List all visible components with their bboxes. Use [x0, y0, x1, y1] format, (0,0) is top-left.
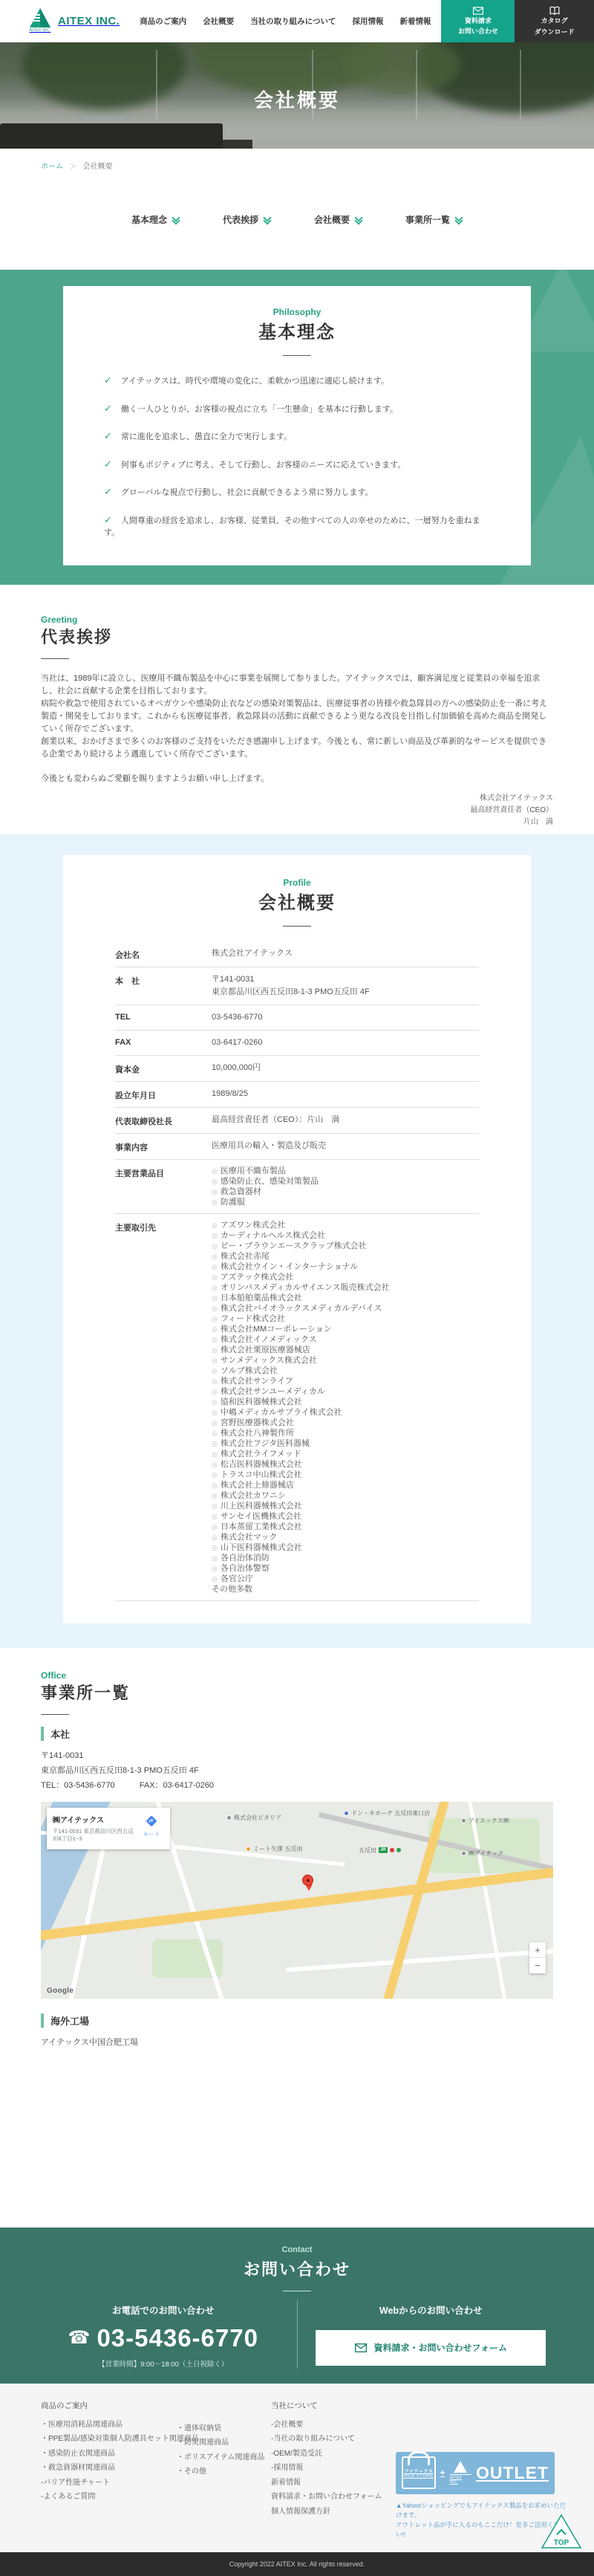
chevron-down-icon: [264, 215, 271, 223]
chevron-down-icon: [355, 215, 362, 223]
philosophy-item: グローバルな視点で行動し、社会に貢献できるよう常に努力します。: [104, 478, 490, 506]
footer-link[interactable]: ・ポリスアイテム関連商品: [177, 2450, 264, 2465]
client-item: 株式会社サンライフ: [212, 1376, 479, 1386]
tab-offices[interactable]: 事業所一覧: [405, 213, 463, 226]
banner-label: ≫ よくあるご質問: [388, 2170, 475, 2184]
client-list: アズワン株式会社カーディナルヘルス株式会社ビー・ブラウンエースクラップ株式会社株…: [212, 1220, 479, 1584]
row-label: 本 社: [115, 973, 212, 999]
client-item: 日本船舶薬品株式会社: [212, 1293, 479, 1303]
client-item: 各自治体警察: [212, 1563, 479, 1574]
logo[interactable]: AITEX INC. AITEX INC.: [0, 0, 140, 42]
client-item: アズワン株式会社: [212, 1220, 479, 1230]
signature-name: 片山 満: [41, 817, 553, 828]
contact-section: Contact お問い合わせ お電話でのお問い合わせ ☎ 03-5436-677…: [0, 2228, 594, 2384]
footer-products-column: 商品のご案内 ・医療用消耗品関連商品・PPE製品/感染対策個人防護具セット関連商…: [41, 2400, 199, 2505]
breadcrumb-current: 会社概要: [83, 163, 113, 171]
section-label: Office: [41, 1670, 553, 1681]
zoom-out-button[interactable]: −: [529, 1958, 546, 1973]
table-row: 主要営業品目 医療用不織布製品感染防止衣、感染対策製品救急資器材防護服: [115, 1160, 479, 1214]
initiatives-banner[interactable]: ≫ 当社の取り組みについて: [41, 2098, 283, 2213]
greeting-paragraphs: 当社は、1989年に設立し、医療用不織布製品を中心に事業を展開して参りました。ア…: [41, 672, 553, 761]
client-item: ビー・ブラウンエースクラップ株式会社: [212, 1241, 479, 1251]
client-item: 日本蒸留工業株式会社: [212, 1522, 479, 1532]
brand-text: AITEX INC.: [450, 2474, 471, 2485]
map-poi[interactable]: ドン・キホーテ 五反田東口店: [344, 1809, 430, 1817]
row-value: 03-5436-6770: [212, 1011, 479, 1024]
row-value: 株式会社アイテックス: [212, 947, 479, 960]
footer-link[interactable]: -よくあるご質問: [41, 2490, 199, 2505]
chevron-down-icon: [172, 215, 180, 223]
tab-philosophy[interactable]: 基本理念: [131, 213, 180, 226]
page: AITEX INC. AITEX INC. 商品のご案内 会社概要 当社の取り組…: [0, 0, 594, 2576]
store-name: アイテックス: [405, 2468, 433, 2474]
footer-link[interactable]: 新着情報: [271, 2476, 382, 2491]
table-row: 事業内容 医療用具の輸入・製造及び販売: [115, 1134, 479, 1160]
table-row: 設立年月日 1989/8/25: [115, 1082, 479, 1108]
product-item: 防護服: [212, 1197, 479, 1207]
row-value: 医療用具の輸入・製造及び販売: [212, 1140, 479, 1152]
footer-link[interactable]: ・感染防止衣関連商品: [41, 2447, 199, 2462]
greeting-paragraph: 創業以来、おかげさまで多くのお客様のご支持をいただき感謝申し上げます。今後とも、…: [41, 736, 553, 761]
divider: [283, 355, 311, 356]
philosophy-section: Philosophy 基本理念 アイテックスは、時代や環境の変化に、柔軟かつ迅速…: [0, 270, 594, 585]
philosophy-item: 何事もポジティブに考え、そして行動し、お客様のニーズに応えていきます。: [104, 450, 490, 478]
footer-links: -会社概要-当社の取り組みについて-OEM/製造受託-採用情報新着情報資料請求・…: [271, 2418, 382, 2520]
greeting-section: Greeting 代表挨拶 当社は、1989年に設立し、医療用不織布製品を中心に…: [0, 585, 594, 834]
breadcrumb-separator: ＞: [70, 163, 76, 170]
google-map[interactable]: 株式会社ビタリア ドン・キホーテ 五反田東口店 アイエックス㈱ ミート矢澤 五反…: [41, 1802, 553, 1999]
map-card-name: ㈱アイテックス: [53, 1814, 134, 1825]
poi-label: ミート矢澤 五反田: [253, 1845, 302, 1853]
copyright-text: Copyright 2022 AITEX Inc. All rights res…: [229, 2560, 365, 2568]
row-value: 最高経営責任者（CEO）：片山 満: [212, 1114, 479, 1126]
chevron-down-icon: [455, 215, 463, 223]
client-item: 宮野医療器株式会社: [212, 1418, 479, 1428]
section-label: Contact: [0, 2245, 594, 2254]
global-nav: 商品のご案内 会社概要 当社の取り組みについて 採用情報 新着情報: [140, 0, 441, 42]
jr-logo: JR: [379, 1847, 388, 1853]
phone-number[interactable]: ☎ 03-5436-6770: [30, 2324, 297, 2352]
footer-link[interactable]: ・医療用消耗品関連商品: [41, 2418, 199, 2433]
row-value: 10,000,000円: [212, 1062, 479, 1074]
section-label: Profile: [115, 877, 479, 888]
phone-contact: お電話でのお問い合わせ ☎ 03-5436-6770 【営業時間】9:00～18…: [30, 2300, 298, 2369]
philosophy-item: 人間尊重の経営を追求し、お客様、従業員、その他すべての人の幸せのために、一層努力…: [104, 506, 490, 546]
client-item: 株式会社上條器械店: [212, 1480, 479, 1490]
client-item: ソルブ株式会社: [212, 1366, 479, 1376]
footer-links: ・医療用消耗品関連商品・PPE製品/感染対策個人防護具セット関連商品・感染防止衣…: [41, 2418, 199, 2505]
map-road: [286, 1947, 553, 1971]
link-banners: ≫ 当社の取り組みについて FAQ ! ≫ よくあるご質問: [41, 2098, 553, 2228]
client-item: オリンパスメディカルサイエンス販売株式会社: [212, 1282, 479, 1293]
client-item: 各自治体消防: [212, 1553, 479, 1563]
philosophy-item: 常に進化を追求し、愚直に全力で実行します。: [104, 422, 490, 450]
client-item: 各官公庁: [212, 1574, 479, 1584]
tab-profile[interactable]: 会社概要: [314, 213, 362, 226]
mail-icon: [473, 7, 483, 15]
client-list-note: その他多数: [212, 1584, 479, 1594]
client-item: 株式会社サンユーメディカル: [212, 1386, 479, 1397]
client-item: 株式会社カワニシ: [212, 1490, 479, 1501]
map-pin-aitex[interactable]: [302, 1875, 316, 1892]
row-label: 主要取引先: [115, 1220, 212, 1594]
table-row: 本 社 〒141-0031 東京都品川区西五反田8-1-3 PMO五反田 4F: [115, 967, 479, 1005]
hq-street: 東京都品川区西五反田8-1-3 PMO五反田 4F: [41, 1763, 553, 1778]
hero-banner: 会社概要: [0, 42, 594, 149]
poi-icon: [461, 1851, 466, 1856]
map-poi[interactable]: アイエックス㈱: [461, 1817, 509, 1825]
faq-icon: FAQ !: [416, 2141, 448, 2163]
section-title: 事業所一覧: [41, 1681, 553, 1704]
poi-label: ドン・キホーテ 五反田東口店: [351, 1809, 430, 1817]
section-label: Philosophy: [104, 307, 490, 317]
client-item: 株式会社MMコーポレーション: [212, 1324, 479, 1334]
row-value: 〒141-0031: [212, 973, 479, 986]
client-item: トラスコ中山株式会社: [212, 1470, 479, 1480]
client-item: 株式会社イノメディックス: [212, 1334, 479, 1345]
site-footer: 商品のご案内 ・医療用消耗品関連商品・PPE製品/感染対策個人防護具セット関連商…: [0, 2384, 594, 2552]
map-station[interactable]: 五反田 JR: [359, 1846, 401, 1855]
back-to-top-button[interactable]: TOP: [541, 2514, 582, 2549]
greeting-paragraph: 病院や救急で使用されているオペガウンや感染防止衣などの感染対策製品は、医療従事者…: [41, 698, 553, 736]
site-header: AITEX INC. AITEX INC. 商品のご案内 会社概要 当社の取り組…: [0, 0, 594, 42]
logo-triangle-icon: AITEX INC.: [28, 8, 52, 35]
logo-caption: AITEX INC.: [30, 28, 51, 33]
phone-heading: お電話でのお問い合わせ: [30, 2303, 297, 2317]
section-title: 基本理念: [104, 317, 490, 343]
row-label: 会社名: [115, 947, 212, 961]
row-value: 東京都品川区西五反田8-1-3 PMO五反田 4F: [212, 986, 479, 999]
poi-icon: [246, 1846, 251, 1852]
footer-link[interactable]: -OEM/製造受託: [271, 2447, 382, 2462]
client-item: 協和医科器械株式会社: [212, 1397, 479, 1407]
contact-form-button[interactable]: 資料請求・お問い合わせフォーム: [316, 2330, 546, 2366]
page-title: 会社概要: [0, 85, 594, 113]
zoom-in-button[interactable]: +: [529, 1942, 546, 1958]
client-item: 株式会社ウイン・インターナショナル: [212, 1262, 479, 1272]
outlet-store-banner[interactable]: アイテックス WEB STORE + AITEX INC. OUTLET: [396, 2452, 555, 2494]
office-section: Office 事業所一覧 本社 〒141-0031 東京都品川区西五反田8-1-…: [0, 1648, 594, 2228]
divider: [283, 2291, 311, 2291]
client-item: フィード株式会社: [212, 1314, 479, 1324]
table-row: 主要取引先 アズワン株式会社カーディナルヘルス株式会社ビー・ブラウンエースクラッ…: [115, 1214, 479, 1601]
row-label: 主要営業品目: [115, 1166, 212, 1207]
poi-icon: [344, 1811, 349, 1816]
business-hours: 【営業時間】9:00～18:00（土日祝除く）: [30, 2358, 297, 2369]
client-item: 松吉医科器械株式会社: [212, 1459, 479, 1470]
nav-initiatives[interactable]: 当社の取り組みについて: [250, 16, 336, 27]
map-main-road: [41, 1861, 553, 1941]
line-dot: [390, 1848, 394, 1852]
store-sub: WEB STORE: [404, 2474, 434, 2479]
row-label: FAX: [115, 1036, 212, 1049]
footer-heading: 商品のご案内: [41, 2400, 199, 2411]
web-heading: Webからのお問い合わせ: [298, 2303, 565, 2317]
poi-label: 株式会社ビタリア: [234, 1814, 281, 1822]
divider: [41, 1714, 69, 1715]
map-info-card: ㈱アイテックス 〒141-0031 東京都品川区西五反田8丁目1−3 ルート: [47, 1808, 170, 1849]
client-item: 川上医科器械株式会社: [212, 1501, 479, 1511]
nav-products[interactable]: 商品のご案内: [140, 16, 186, 27]
hq-tel: TEL：03-5436-6770: [41, 1781, 115, 1790]
product-item: 医療用不織布製品: [212, 1166, 479, 1176]
client-item: アズテック株式会社: [212, 1272, 479, 1282]
client-item: カーディナルヘルス株式会社: [212, 1230, 479, 1241]
client-item: 株式会社フジタ医科器械: [212, 1438, 479, 1449]
header-contact-button[interactable]: 資料請求 お問い合わせ: [441, 0, 515, 42]
map-poi[interactable]: ミート矢澤 五反田: [246, 1845, 302, 1853]
logo-title: AITEX INC.: [58, 15, 120, 27]
footer-link[interactable]: -会社概要: [271, 2418, 382, 2433]
tab-label: 代表挨拶: [223, 213, 258, 226]
hq-fax: FAX：03-6417-0260: [140, 1781, 214, 1790]
poi-icon: [461, 1818, 466, 1823]
footer-link[interactable]: -採用情報: [271, 2461, 382, 2476]
client-item: 株式会社八神製作所: [212, 1428, 479, 1438]
footer-link[interactable]: -当社の取り組みについて: [271, 2432, 382, 2447]
overseas-heading: 海外工場: [41, 2014, 553, 2028]
google-logo[interactable]: Google: [47, 1987, 74, 1995]
footer-company-column: 当社について -会社概要-当社の取り組みについて-OEM/製造受託-採用情報新着…: [271, 2400, 382, 2520]
product-item: 救急資器材: [212, 1187, 479, 1197]
row-label: 代表取締役社長: [115, 1114, 212, 1127]
footer-link[interactable]: ・遺体収納袋: [177, 2421, 264, 2436]
breadcrumb-home-link[interactable]: ホーム: [41, 163, 63, 171]
nav-news[interactable]: 新着情報: [399, 16, 431, 27]
route-label: ルート: [139, 1830, 164, 1838]
tab-greeting[interactable]: 代表挨拶: [223, 213, 271, 226]
table-row: FAX 03-6417-0260: [115, 1031, 479, 1056]
client-item: 株式会社ライフメッド: [212, 1449, 479, 1459]
contact-form-label: 資料請求・お問い合わせフォーム: [374, 2341, 507, 2354]
product-item: 感染防止衣、感染対策製品: [212, 1176, 479, 1187]
client-item: 株式会社マック: [212, 1532, 479, 1542]
plus-sign: +: [440, 2468, 446, 2478]
poi-label: アイエックス㈱: [469, 1817, 509, 1825]
tab-label: 基本理念: [131, 213, 167, 226]
header-catalog-button[interactable]: カタログ ダウンロード: [515, 0, 594, 42]
row-label: 資本金: [115, 1062, 212, 1075]
client-item: 株式会社赤尾: [212, 1251, 479, 1262]
phone-number-text: 03-5436-6770: [97, 2324, 258, 2352]
section-title: お問い合わせ: [0, 2257, 594, 2280]
greeting-signature: 株式会社アイテックス 最高経営責任者（CEO） 片山 満: [41, 793, 553, 828]
signature-role: 最高経営責任者（CEO）: [41, 805, 553, 817]
tab-label: 事業所一覧: [405, 213, 450, 226]
footer-link[interactable]: ・防災関連商品: [177, 2436, 264, 2450]
philosophy-list: アイテックスは、時代や環境の変化に、柔軟かつ迅速に適応し続けます。働く一人ひとり…: [104, 366, 490, 546]
book-icon: [549, 6, 560, 15]
signature-company: 株式会社アイテックス: [41, 793, 553, 805]
hq-heading: 本社: [41, 1727, 553, 1741]
faq-banner[interactable]: FAQ ! ≫ よくあるご質問: [311, 2098, 553, 2213]
overseas-factory: アイテックス中国合肥工場: [41, 2035, 553, 2050]
footer-link[interactable]: 資料請求・お問い合わせフォーム: [271, 2490, 382, 2505]
section-title: 代表挨拶: [41, 625, 553, 648]
row-label: TEL: [115, 1011, 212, 1024]
greeting-paragraph: 当社は、1989年に設立し、医療用不織布製品を中心に事業を展開して参りました。ア…: [41, 672, 553, 698]
map-poi[interactable]: 株式会社ビタリア: [226, 1814, 281, 1822]
outlet-text: OUTLET: [476, 2463, 549, 2483]
footer-products-column2: ・遺体収納袋・防災関連商品・ポリスアイテム関連商品・その他: [177, 2421, 264, 2479]
phone-icon: ☎: [68, 2327, 91, 2349]
table-row: 資本金 10,000,000円: [115, 1056, 479, 1082]
poi-label: ㈱アイテック: [469, 1849, 503, 1858]
footer-heading: 当社について: [271, 2400, 382, 2411]
copyright-bar: Copyright 2022 AITEX Inc. All rights res…: [0, 2552, 594, 2576]
footer-link[interactable]: 個人情報保護方針: [271, 2505, 382, 2520]
banner-label: ≫ 当社の取り組みについて: [98, 2174, 226, 2188]
client-item: 中嶋メディカルサプライ株式会社: [212, 1407, 479, 1418]
philosophy-card: Philosophy 基本理念 アイテックスは、時代や環境の変化に、柔軟かつ迅速…: [63, 286, 531, 565]
hq-postal: 〒141-0031: [41, 1748, 553, 1763]
map-zoom-control: + −: [529, 1942, 546, 1973]
footer-link[interactable]: ・その他: [177, 2465, 264, 2479]
nav-recruit[interactable]: 採用情報: [352, 16, 383, 27]
footer-link[interactable]: ・救急資器材関連商品: [41, 2461, 199, 2476]
philosophy-item: アイテックスは、時代や環境の変化に、柔軟かつ迅速に適応し続けます。: [104, 366, 490, 395]
section-label: Greeting: [41, 614, 553, 625]
contact-button-line2: お問い合わせ: [458, 27, 498, 36]
client-item: 株式会社バイオラックスメディカルデバイス: [212, 1303, 479, 1314]
section-title: 会社概要: [115, 888, 479, 914]
anchor-tabs: 基本理念 代表挨拶 会社概要 事業所一覧: [0, 181, 594, 270]
footer-link[interactable]: ・PPE製品/感染対策個人防護具セット関連商品: [41, 2432, 199, 2447]
product-list: 医療用不織布製品感染防止衣、感染対策製品救急資器材防護服: [212, 1166, 479, 1207]
profile-section: Profile 会社概要 会社名 株式会社アイテックス 本 社 〒141-003…: [0, 834, 594, 1648]
aitex-logo-white: AITEX INC.: [450, 2461, 471, 2485]
top-label: TOP: [554, 2539, 569, 2547]
footer-link[interactable]: -バリア性能チャート: [41, 2476, 199, 2491]
table-row: TEL 03-5436-6770: [115, 1005, 479, 1031]
client-item: 山下医科器械株式会社: [212, 1542, 479, 1553]
divider: [41, 658, 69, 659]
client-item: 株式会社栗原医療器械店: [212, 1345, 479, 1355]
table-row: 会社名 株式会社アイテックス: [115, 941, 479, 967]
building-icon: [147, 2137, 177, 2167]
nav-company[interactable]: 会社概要: [203, 16, 234, 27]
table-row: 代表取締役社長 最高経営責任者（CEO）：片山 満: [115, 1108, 479, 1134]
client-item: サンセイ医機株式会社: [212, 1511, 479, 1522]
station-label: 五反田: [359, 1846, 376, 1855]
directions-icon: [144, 1814, 159, 1829]
greeting-closing: 今後とも変わらぬご愛顧を賜りますようお願い申し上げます。: [41, 772, 553, 784]
hq-address: 〒141-0031 東京都品川区西五反田8-1-3 PMO五反田 4F TEL：…: [41, 1748, 553, 1793]
map-card-address: 〒141-0031 東京都品川区西五反田8丁目1−3: [53, 1828, 134, 1843]
map-poi[interactable]: ㈱アイテック: [461, 1849, 503, 1858]
client-item: サンメディックス株式会社: [212, 1355, 479, 1366]
shopping-bag-icon: アイテックス WEB STORE: [402, 2456, 436, 2489]
map-route-button[interactable]: ルート: [139, 1814, 164, 1843]
row-value: 03-6417-0260: [212, 1036, 479, 1049]
breadcrumb: ホーム ＞ 会社概要: [0, 149, 594, 181]
row-label: 設立年月日: [115, 1088, 212, 1101]
divider: [283, 926, 311, 927]
catalog-button-line2: ダウンロード: [535, 27, 575, 36]
row-value: 1989/8/25: [212, 1088, 479, 1100]
logo-triangle-icon: [454, 2461, 467, 2473]
contact-button-line1: 資料請求: [465, 16, 492, 25]
philosophy-item: 働く一人ひとりが、お客様の視点に立ち「一生懸命」を基本に行動します。: [104, 395, 490, 423]
profile-table: 会社名 株式会社アイテックス 本 社 〒141-0031 東京都品川区西五反田8…: [115, 941, 479, 1601]
mail-icon: [355, 2343, 367, 2352]
row-label: 事業内容: [115, 1140, 212, 1153]
profile-card: Profile 会社概要 会社名 株式会社アイテックス 本 社 〒141-003…: [63, 855, 531, 1623]
catalog-button-line1: カタログ: [541, 16, 568, 25]
tab-label: 会社概要: [314, 213, 350, 226]
line-dot: [396, 1848, 401, 1852]
web-contact: Webからのお問い合わせ 資料請求・お問い合わせフォーム: [298, 2300, 565, 2369]
poi-icon: [226, 1815, 232, 1820]
